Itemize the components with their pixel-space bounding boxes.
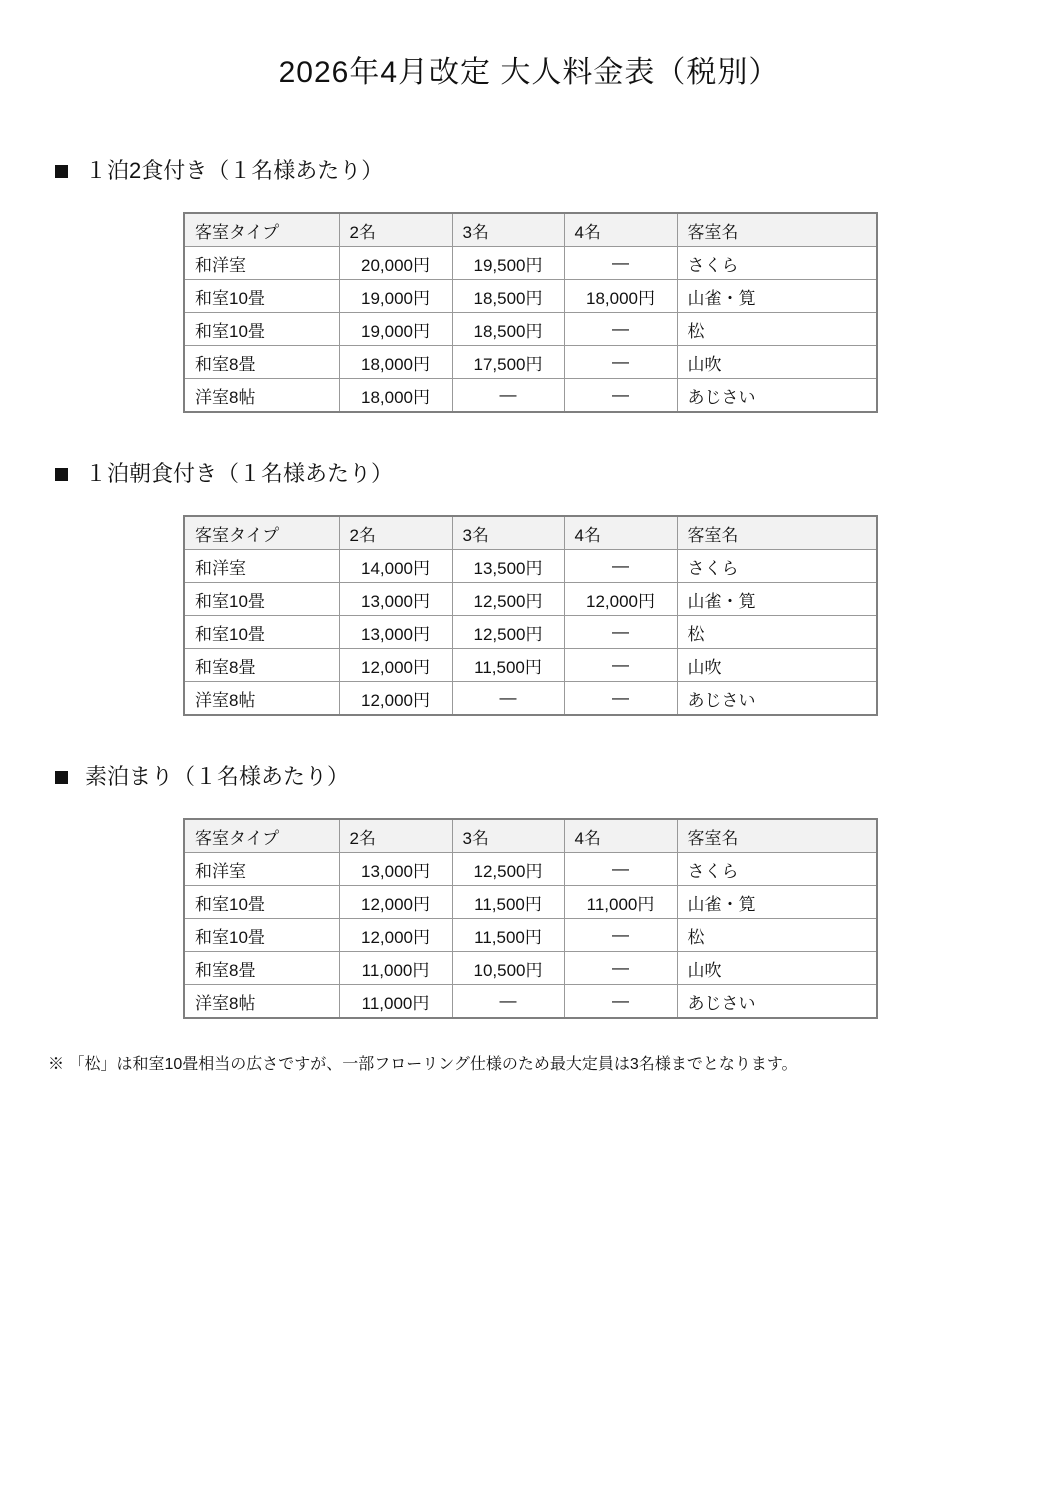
column-header-2-guests: 2名 <box>339 516 452 550</box>
section-heading: １泊2食付き（１名様あたり） <box>0 155 1058 187</box>
table-cell: — <box>452 379 564 413</box>
column-header-room-type: 客室タイプ <box>184 213 339 247</box>
table-cell: 11,000円 <box>564 886 677 919</box>
rate-table: 客室タイプ 2名 3名 4名 客室名 和洋室14,000円13,500円—さくら… <box>183 515 878 716</box>
table-row: 和室10畳13,000円12,500円—松 <box>184 616 877 649</box>
table-cell: — <box>452 682 564 716</box>
table-cell: 12,000円 <box>339 886 452 919</box>
table-cell: 13,000円 <box>339 853 452 886</box>
table-header: 客室タイプ 2名 3名 4名 客室名 <box>184 516 877 550</box>
table-cell: 10,500円 <box>452 952 564 985</box>
table-cell: 和室8畳 <box>184 346 339 379</box>
table-row: 和室10畳12,000円11,500円—松 <box>184 919 877 952</box>
table-cell: — <box>564 649 677 682</box>
table-row: 和洋室14,000円13,500円—さくら <box>184 550 877 583</box>
document-page: 2026年4月改定 大人料金表（税別） １泊2食付き（１名様あたり） 客室タイプ… <box>0 0 1058 1497</box>
table-cell: 17,500円 <box>452 346 564 379</box>
table-header-row: 客室タイプ 2名 3名 4名 客室名 <box>184 213 877 247</box>
table-row: 和室8畳18,000円17,500円—山吹 <box>184 346 877 379</box>
table-cell: — <box>564 247 677 280</box>
table-cell: 和室10畳 <box>184 616 339 649</box>
section-heading-label: １泊2食付き（１名様あたり） <box>85 155 383 187</box>
column-header-2-guests: 2名 <box>339 819 452 853</box>
table-cell: さくら <box>677 247 877 280</box>
table-cell: 19,500円 <box>452 247 564 280</box>
table-cell: 松 <box>677 313 877 346</box>
table-cell: 12,500円 <box>452 853 564 886</box>
table-cell: 11,000円 <box>339 985 452 1019</box>
column-header-room-name: 客室名 <box>677 819 877 853</box>
column-header-4-guests: 4名 <box>564 516 677 550</box>
table-cell: 12,000円 <box>339 919 452 952</box>
table-cell: — <box>564 682 677 716</box>
table-body: 和洋室13,000円12,500円—さくら和室10畳12,000円11,500円… <box>184 853 877 1019</box>
table-row: 和洋室20,000円19,500円—さくら <box>184 247 877 280</box>
table-cell: 松 <box>677 919 877 952</box>
rate-table: 客室タイプ 2名 3名 4名 客室名 和洋室13,000円12,500円—さくら… <box>183 818 878 1019</box>
table-cell: 11,000円 <box>339 952 452 985</box>
table-cell: あじさい <box>677 985 877 1019</box>
table-cell: 18,000円 <box>339 346 452 379</box>
table-cell: 和室10畳 <box>184 583 339 616</box>
table-row: 和室10畳12,000円11,500円11,000円山雀・筧 <box>184 886 877 919</box>
section-heading-label: 素泊まり（１名様あたり） <box>85 761 349 793</box>
column-header-3-guests: 3名 <box>452 819 564 853</box>
table-cell: — <box>564 853 677 886</box>
table-cell: 14,000円 <box>339 550 452 583</box>
table-cell: — <box>564 985 677 1019</box>
table-row: 和室8畳12,000円11,500円—山吹 <box>184 649 877 682</box>
column-header-room-type: 客室タイプ <box>184 516 339 550</box>
table-cell: — <box>564 952 677 985</box>
table-cell: 18,500円 <box>452 280 564 313</box>
table-cell: 18,000円 <box>564 280 677 313</box>
section-heading: １泊朝食付き（１名様あたり） <box>0 458 1058 490</box>
rate-table: 客室タイプ 2名 3名 4名 客室名 和洋室20,000円19,500円—さくら… <box>183 212 878 413</box>
column-header-room-name: 客室名 <box>677 213 877 247</box>
section-dinner-breakfast-plan: １泊2食付き（１名様あたり） 客室タイプ 2名 3名 4名 客室名 和洋室20,… <box>0 155 1058 413</box>
table-body: 和洋室20,000円19,500円—さくら和室10畳19,000円18,500円… <box>184 247 877 413</box>
table-cell: あじさい <box>677 682 877 716</box>
table-row: 和室10畳19,000円18,500円18,000円山雀・筧 <box>184 280 877 313</box>
table-row: 和洋室13,000円12,500円—さくら <box>184 853 877 886</box>
column-header-4-guests: 4名 <box>564 213 677 247</box>
table-cell: 山吹 <box>677 346 877 379</box>
square-bullet-icon <box>55 468 68 481</box>
table-cell: — <box>564 919 677 952</box>
table-cell: 山吹 <box>677 952 877 985</box>
column-header-3-guests: 3名 <box>452 213 564 247</box>
table-cell: さくら <box>677 853 877 886</box>
table-cell: 11,500円 <box>452 919 564 952</box>
table-cell: 山雀・筧 <box>677 280 877 313</box>
column-header-2-guests: 2名 <box>339 213 452 247</box>
table-cell: — <box>564 313 677 346</box>
table-cell: — <box>564 550 677 583</box>
table-cell: 12,000円 <box>564 583 677 616</box>
table-cell: 13,000円 <box>339 583 452 616</box>
table-cell: 12,000円 <box>339 649 452 682</box>
section-heading: 素泊まり（１名様あたり） <box>0 761 1058 793</box>
table-cell: 洋室8帖 <box>184 379 339 413</box>
table-cell: 和洋室 <box>184 247 339 280</box>
table-cell: 12,500円 <box>452 616 564 649</box>
table-cell: 19,000円 <box>339 313 452 346</box>
table-cell: 和洋室 <box>184 550 339 583</box>
column-header-4-guests: 4名 <box>564 819 677 853</box>
table-cell: 和室10畳 <box>184 280 339 313</box>
table-row: 和室10畳19,000円18,500円—松 <box>184 313 877 346</box>
table-cell: 13,000円 <box>339 616 452 649</box>
section-breakfast-plan: １泊朝食付き（１名様あたり） 客室タイプ 2名 3名 4名 客室名 和洋室14,… <box>0 458 1058 716</box>
footnote: ※ 「松」は和室10畳相当の広さですが、一部フローリング仕様のため最大定員は3名… <box>0 1053 1058 1077</box>
table-cell: 12,500円 <box>452 583 564 616</box>
table-cell: 18,500円 <box>452 313 564 346</box>
table-cell: 19,000円 <box>339 280 452 313</box>
table-cell: 11,500円 <box>452 886 564 919</box>
page-title: 2026年4月改定 大人料金表（税別） <box>0 0 1058 94</box>
table-cell: 和室8畳 <box>184 649 339 682</box>
table-row: 洋室8帖12,000円——あじさい <box>184 682 877 716</box>
table-row: 和室10畳13,000円12,500円12,000円山雀・筧 <box>184 583 877 616</box>
table-cell: 20,000円 <box>339 247 452 280</box>
table-cell: — <box>564 379 677 413</box>
table-cell: 山雀・筧 <box>677 886 877 919</box>
section-heading-label: １泊朝食付き（１名様あたり） <box>85 458 393 490</box>
table-body: 和洋室14,000円13,500円—さくら和室10畳13,000円12,500円… <box>184 550 877 716</box>
table-header: 客室タイプ 2名 3名 4名 客室名 <box>184 213 877 247</box>
table-cell: 山吹 <box>677 649 877 682</box>
column-header-room-name: 客室名 <box>677 516 877 550</box>
table-row: 和室8畳11,000円10,500円—山吹 <box>184 952 877 985</box>
column-header-room-type: 客室タイプ <box>184 819 339 853</box>
table-cell: 和室10畳 <box>184 886 339 919</box>
table-row: 洋室8帖18,000円——あじさい <box>184 379 877 413</box>
table-cell: さくら <box>677 550 877 583</box>
table-cell: 山雀・筧 <box>677 583 877 616</box>
square-bullet-icon <box>55 165 68 178</box>
table-header-row: 客室タイプ 2名 3名 4名 客室名 <box>184 516 877 550</box>
table-cell: 和室10畳 <box>184 919 339 952</box>
table-cell: 和室10畳 <box>184 313 339 346</box>
column-header-3-guests: 3名 <box>452 516 564 550</box>
square-bullet-icon <box>55 771 68 784</box>
table-cell: — <box>564 616 677 649</box>
table-row: 洋室8帖11,000円——あじさい <box>184 985 877 1019</box>
table-cell: 18,000円 <box>339 379 452 413</box>
table-cell: — <box>452 985 564 1019</box>
table-cell: — <box>564 346 677 379</box>
table-cell: 12,000円 <box>339 682 452 716</box>
table-cell: あじさい <box>677 379 877 413</box>
table-header-row: 客室タイプ 2名 3名 4名 客室名 <box>184 819 877 853</box>
table-header: 客室タイプ 2名 3名 4名 客室名 <box>184 819 877 853</box>
table-cell: 和室8畳 <box>184 952 339 985</box>
table-cell: 洋室8帖 <box>184 682 339 716</box>
section-room-only-plan: 素泊まり（１名様あたり） 客室タイプ 2名 3名 4名 客室名 和洋室13,00… <box>0 761 1058 1019</box>
table-cell: 13,500円 <box>452 550 564 583</box>
table-cell: 松 <box>677 616 877 649</box>
table-cell: 和洋室 <box>184 853 339 886</box>
table-cell: 洋室8帖 <box>184 985 339 1019</box>
table-cell: 11,500円 <box>452 649 564 682</box>
